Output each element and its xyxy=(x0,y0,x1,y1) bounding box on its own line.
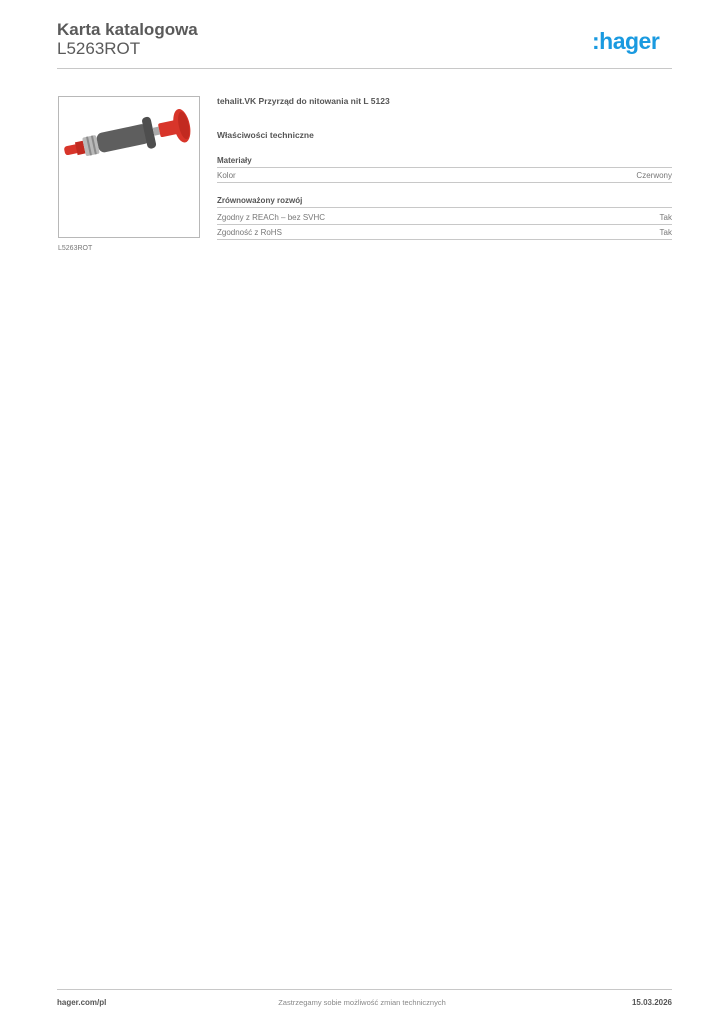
group-title-materials: Materiały xyxy=(217,156,672,168)
footer-date: 15.03.2026 xyxy=(632,998,672,1007)
image-caption: L5263ROT xyxy=(58,245,92,252)
spec-value: Tak xyxy=(660,228,672,237)
spec-label: Zgodny z REACh – bez SVHC xyxy=(217,213,325,222)
spec-label: Zgodność z RoHS xyxy=(217,228,282,237)
spec-row: Zgodny z REACh – bez SVHC Tak xyxy=(217,213,672,225)
section-title: Właściwości techniczne xyxy=(217,130,314,140)
footer-disclaimer: Zastrzegamy sobie możliwość zmian techni… xyxy=(0,998,724,1007)
rivet-tool-icon xyxy=(59,97,199,237)
spec-row: Kolor Czerwony xyxy=(217,171,672,183)
spec-row: Zgodność z RoHS Tak xyxy=(217,228,672,240)
hager-logo: :hager xyxy=(592,28,659,54)
spec-label: Kolor xyxy=(217,171,236,180)
spec-value: Czerwony xyxy=(636,171,672,180)
spec-value: Tak xyxy=(660,213,672,222)
product-name: tehalit.VK Przyrząd do nitowania nit L 5… xyxy=(217,96,390,106)
logo-text: hager xyxy=(599,28,659,54)
group-title-sustainability: Zrównoważony rozwój xyxy=(217,196,672,208)
product-code: L5263ROT xyxy=(57,39,140,59)
page-title: Karta katalogowa xyxy=(57,20,198,40)
product-image xyxy=(58,96,200,238)
footer-divider xyxy=(57,989,672,990)
header-divider xyxy=(57,68,672,69)
